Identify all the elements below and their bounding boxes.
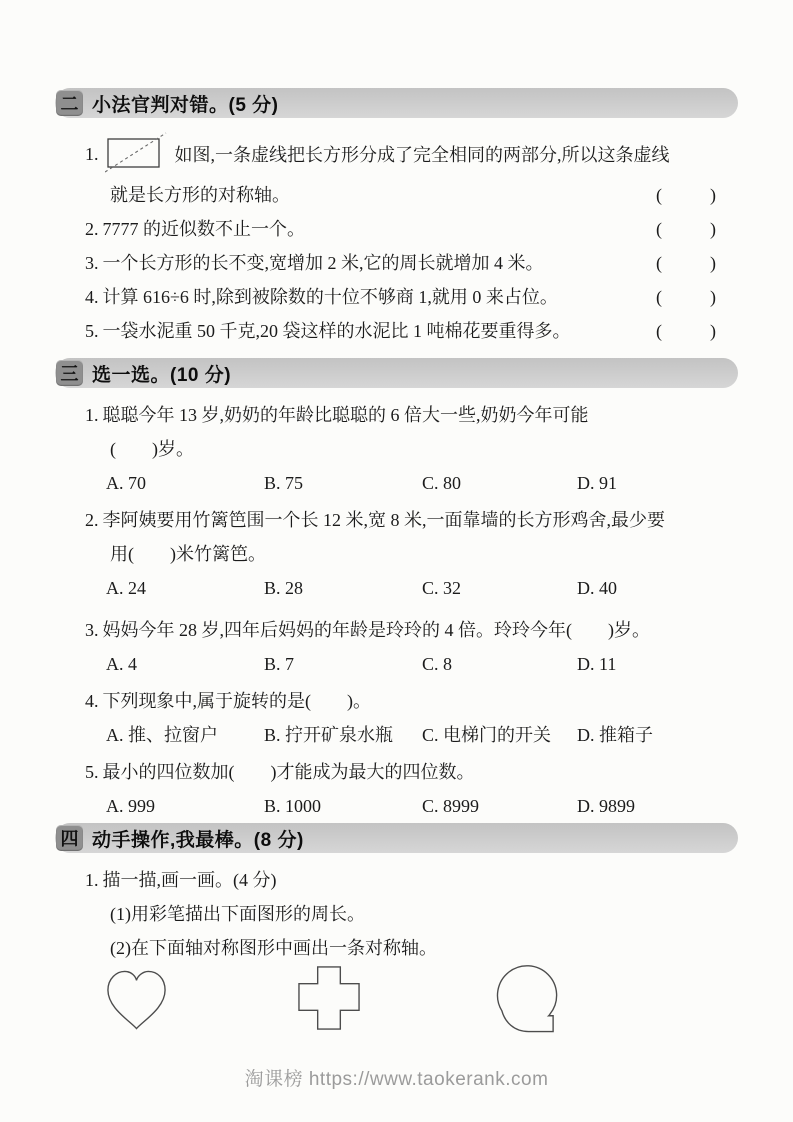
item-number: 5. bbox=[85, 314, 99, 348]
item-number: 4. bbox=[85, 280, 99, 314]
hands-sub-question: 1.描一描,画一画。(4 分) bbox=[55, 863, 738, 897]
option-c: C. 32 bbox=[422, 571, 577, 605]
judge-item-text: 一袋水泥重 50 千克,20 袋这样的水泥比 1 吨棉花要重得多。 bbox=[103, 314, 657, 348]
judge-item-text: 就是长方形的对称轴。 bbox=[110, 178, 290, 212]
item-number: 3. bbox=[85, 620, 99, 640]
section-choice-title: 选一选。(10 分) bbox=[92, 360, 231, 387]
hands-step-2: (2)在下面轴对称图形中画出一条对称轴。 bbox=[55, 931, 738, 965]
item-number: 1. bbox=[85, 870, 99, 890]
rectangle-dashed-diagonal-figure bbox=[105, 131, 167, 177]
question-text: 用( )米竹篱笆。 bbox=[110, 544, 266, 564]
question-text: 最小的四位数加( )才能成为最大的四位数。 bbox=[103, 762, 475, 782]
item-number: 4. bbox=[85, 691, 99, 711]
choice-question-4: 4.下列现象中,属于旋转的是( )。 A. 推、拉窗户 B. 拧开矿泉水瓶 C.… bbox=[55, 684, 738, 752]
question-text: 李阿姨要用竹篱笆围一个长 12 米,宽 8 米,一面靠墙的长方形鸡舍,最少要 bbox=[103, 510, 666, 530]
item-number: 2. bbox=[85, 510, 99, 530]
option-a: A. 推、拉窗户 bbox=[106, 718, 264, 752]
judge-item-text: 计算 616÷6 时,除到被除数的十位不够商 1,就用 0 来占位。 bbox=[103, 280, 657, 314]
options-row: A. 4 B. 7 C. 8 D. 11 bbox=[55, 647, 738, 681]
section-judge-title: 小法官判对错。(5 分) bbox=[92, 90, 279, 117]
judge-item-text: 一个长方形的长不变,宽增加 2 米,它的周长就增加 4 米。 bbox=[103, 246, 657, 280]
option-c: C. 8 bbox=[422, 647, 577, 681]
worksheet-page: 二 小法官判对错。(5 分) 1. 如图,一条虚线把长方形分成了完全相同的两部分… bbox=[0, 0, 793, 1122]
option-d: D. 9899 bbox=[577, 789, 738, 823]
item-number: 1. bbox=[85, 144, 99, 165]
judge-item-1-line-2: 就是长方形的对称轴。 ( ) bbox=[55, 178, 738, 212]
question-line: ( )岁。 bbox=[55, 432, 738, 466]
options-row: A. 70 B. 75 C. 80 D. 91 bbox=[55, 466, 738, 500]
section-choice-header: 三 选一选。(10 分) bbox=[55, 358, 738, 388]
judge-item-text: 7777 的近似数不止一个。 bbox=[103, 212, 657, 246]
option-d: D. 推箱子 bbox=[577, 718, 738, 752]
choice-question-2: 2.李阿姨要用竹篱笆围一个长 12 米,宽 8 米,一面靠墙的长方形鸡舍,最少要… bbox=[55, 503, 738, 605]
option-c: C. 电梯门的开关 bbox=[422, 718, 577, 752]
answer-parens: ( ) bbox=[656, 246, 720, 280]
question-line: 5.最小的四位数加( )才能成为最大的四位数。 bbox=[55, 755, 738, 789]
question-text: ( )岁。 bbox=[110, 439, 194, 459]
judge-item-1-line-1: 1. 如图,一条虚线把长方形分成了完全相同的两部分,所以这条虚线 bbox=[55, 130, 738, 178]
item-number: 1. bbox=[85, 405, 99, 425]
answer-parens: ( ) bbox=[656, 212, 720, 246]
option-d: D. 40 bbox=[577, 571, 738, 605]
option-d: D. 91 bbox=[577, 466, 738, 500]
notched-circle-figure bbox=[494, 962, 561, 1036]
hands-step-1: (1)用彩笔描出下面图形的周长。 bbox=[55, 897, 738, 931]
item-number: 3. bbox=[85, 246, 99, 280]
section-hands-title: 动手操作,我最棒。(8 分) bbox=[92, 825, 304, 852]
shapes-row bbox=[55, 967, 738, 1036]
question-text: 下列现象中,属于旋转的是( )。 bbox=[103, 691, 372, 711]
choice-question-5: 5.最小的四位数加( )才能成为最大的四位数。 A. 999 B. 1000 C… bbox=[55, 755, 738, 823]
footer-watermark: 淘课榜 https://www.taokerank.com bbox=[0, 1064, 793, 1091]
option-b: B. 28 bbox=[264, 571, 422, 605]
options-row: A. 999 B. 1000 C. 8999 D. 9899 bbox=[55, 789, 738, 823]
option-d: D. 11 bbox=[577, 647, 738, 681]
judge-item-4: 4. 计算 616÷6 时,除到被除数的十位不够商 1,就用 0 来占位。 ( … bbox=[55, 280, 738, 314]
answer-parens: ( ) bbox=[656, 178, 720, 212]
option-a: A. 24 bbox=[106, 571, 264, 605]
question-line: 用( )米竹篱笆。 bbox=[55, 537, 738, 571]
question-line: 4.下列现象中,属于旋转的是( )。 bbox=[55, 684, 738, 718]
option-a: A. 70 bbox=[106, 466, 264, 500]
question-line: 1.聪聪今年 13 岁,奶奶的年龄比聪聪的 6 倍大一些,奶奶今年可能 bbox=[55, 398, 738, 432]
worksheet-content: 二 小法官判对错。(5 分) 1. 如图,一条虚线把长方形分成了完全相同的两部分… bbox=[55, 88, 738, 1036]
answer-parens: ( ) bbox=[656, 280, 720, 314]
question-text: 聪聪今年 13 岁,奶奶的年龄比聪聪的 6 倍大一些,奶奶今年可能 bbox=[103, 405, 589, 425]
section-choice-badge: 三 bbox=[56, 360, 83, 386]
judge-item-text: 如图,一条虚线把长方形分成了完全相同的两部分,所以这条虚线 bbox=[175, 141, 670, 167]
answer-parens: ( ) bbox=[656, 314, 720, 348]
judge-item-1: 1. 如图,一条虚线把长方形分成了完全相同的两部分,所以这条虚线 就是长方形的对… bbox=[55, 130, 738, 212]
item-number: 2. bbox=[85, 212, 99, 246]
option-b: B. 75 bbox=[264, 466, 422, 500]
cross-shape-figure bbox=[297, 965, 362, 1032]
options-row: A. 24 B. 28 C. 32 D. 40 bbox=[55, 571, 738, 605]
sub-question-text: 描一描,画一画。(4 分) bbox=[103, 870, 277, 890]
judge-item-2: 2. 7777 的近似数不止一个。 ( ) bbox=[55, 212, 738, 246]
question-text: 妈妈今年 28 岁,四年后妈妈的年龄是玲玲的 4 倍。玲玲今年( )岁。 bbox=[103, 620, 651, 640]
option-a: A. 999 bbox=[106, 789, 264, 823]
heart-shape-figure bbox=[103, 967, 170, 1033]
option-c: C. 80 bbox=[422, 466, 577, 500]
option-b: B. 拧开矿泉水瓶 bbox=[264, 718, 422, 752]
choice-question-3: 3.妈妈今年 28 岁,四年后妈妈的年龄是玲玲的 4 倍。玲玲今年( )岁。 A… bbox=[55, 613, 738, 681]
section-judge-header: 二 小法官判对错。(5 分) bbox=[55, 88, 738, 118]
section-judge-badge: 二 bbox=[56, 90, 83, 116]
option-a: A. 4 bbox=[106, 647, 264, 681]
judge-item-3: 3. 一个长方形的长不变,宽增加 2 米,它的周长就增加 4 米。 ( ) bbox=[55, 246, 738, 280]
section-hands-badge: 四 bbox=[56, 825, 83, 851]
options-row: A. 推、拉窗户 B. 拧开矿泉水瓶 C. 电梯门的开关 D. 推箱子 bbox=[55, 718, 738, 752]
choice-question-1: 1.聪聪今年 13 岁,奶奶的年龄比聪聪的 6 倍大一些,奶奶今年可能 ( )岁… bbox=[55, 398, 738, 500]
section-hands-header: 四 动手操作,我最棒。(8 分) bbox=[55, 823, 738, 853]
item-number: 5. bbox=[85, 762, 99, 782]
option-b: B. 1000 bbox=[264, 789, 422, 823]
judge-item-5: 5. 一袋水泥重 50 千克,20 袋这样的水泥比 1 吨棉花要重得多。 ( ) bbox=[55, 314, 738, 348]
option-c: C. 8999 bbox=[422, 789, 577, 823]
question-line: 3.妈妈今年 28 岁,四年后妈妈的年龄是玲玲的 4 倍。玲玲今年( )岁。 bbox=[55, 613, 738, 647]
question-line: 2.李阿姨要用竹篱笆围一个长 12 米,宽 8 米,一面靠墙的长方形鸡舍,最少要 bbox=[55, 503, 738, 537]
option-b: B. 7 bbox=[264, 647, 422, 681]
